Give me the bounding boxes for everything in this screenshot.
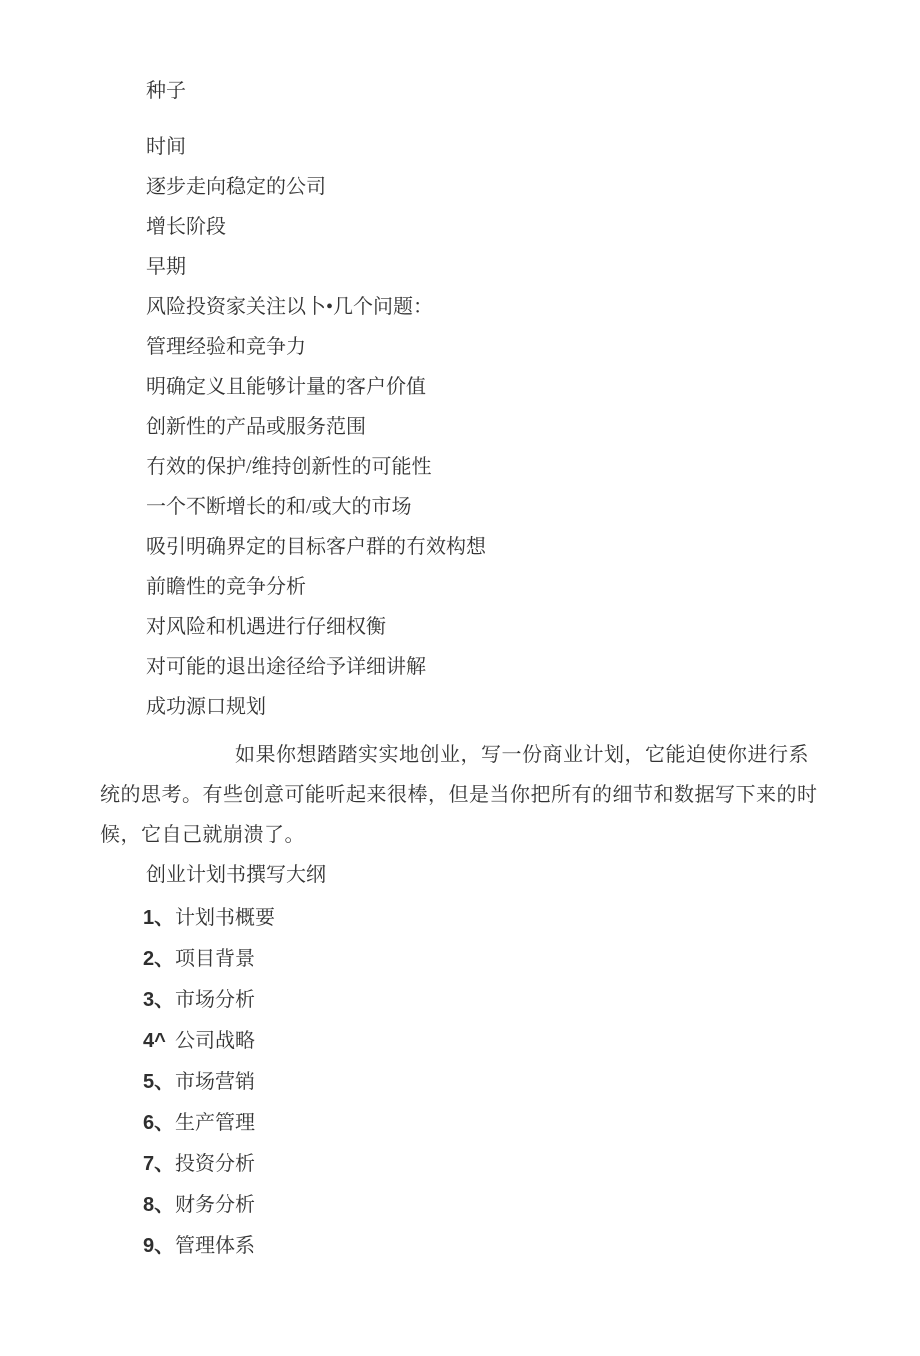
doc-line: 冇效的保护/维持创新性的可能性 — [146, 447, 920, 487]
outline-item: 7、投资分析 — [143, 1144, 920, 1185]
outline-item: 5、市场营销 — [143, 1062, 920, 1103]
outline-item: 9、管理体系 — [143, 1226, 920, 1267]
outline-title: 创业计划书撰写大纲 — [146, 855, 920, 895]
outline-item-number: 9、 — [143, 1226, 175, 1267]
outline-list: 1、计划书概要 2、项目背景 3、市场分析 4^公司战略 5、市场营销 6、生产… — [0, 898, 920, 1267]
paragraph-line: 候，它自己就崩溃了。 — [100, 815, 880, 855]
outline-item-number: 7、 — [143, 1144, 175, 1185]
doc-line: 管理经验和竞争力 — [146, 327, 920, 367]
doc-line: 时间 — [146, 127, 920, 167]
outline-item-number: 4^ — [143, 1021, 175, 1062]
document-page: 种子 时间 逐步走向稳定的公司 增长阶段 早期 风险投资家关注以卜•几个问题： … — [0, 0, 920, 1356]
outline-item: 6、生产管理 — [143, 1103, 920, 1144]
outline-item-label: 公司战略 — [175, 1030, 255, 1052]
doc-line: 对可能的退出途径给予详细讲解 — [146, 647, 920, 687]
doc-line: 创新性的产品或服务范围 — [146, 407, 920, 447]
document-content: 种子 时间 逐步走向稳定的公司 增长阶段 早期 风险投资家关注以卜•几个问题： … — [0, 71, 920, 1267]
outline-item-label: 管理体系 — [175, 1235, 255, 1257]
outline-item-number: 3、 — [143, 980, 175, 1021]
paragraph-line: 统的思考。有些创意可能听起来很棒，但是当你把所有的细节和数据写下来的时 — [100, 775, 880, 815]
outline-item-number: 1、 — [143, 898, 175, 939]
doc-line: 风险投资家关注以卜•几个问题： — [146, 287, 920, 327]
doc-line: 吸引明确界定的目标客户群的冇效构想 — [146, 527, 920, 567]
doc-line: 对风险和机遇进行仔细权衡 — [146, 607, 920, 647]
outline-item-label: 市场营销 — [175, 1071, 255, 1093]
outline-item-label: 市场分析 — [175, 989, 255, 1011]
outline-item: 1、计划书概要 — [143, 898, 920, 939]
outline-item-label: 生产管理 — [175, 1112, 255, 1134]
doc-line: 成功源口规划 — [146, 687, 920, 727]
doc-line: 早期 — [146, 247, 920, 287]
doc-line: 一个不断增长的和/或大的市场 — [146, 487, 920, 527]
outline-item-label: 项目背景 — [175, 948, 255, 970]
outline-item-number: 6、 — [143, 1103, 175, 1144]
outline-item: 4^公司战略 — [143, 1021, 920, 1062]
outline-item-number: 2、 — [143, 939, 175, 980]
outline-item-number: 5、 — [143, 1062, 175, 1103]
outline-item-number: 8、 — [143, 1185, 175, 1226]
outline-item-label: 投资分析 — [175, 1153, 255, 1175]
doc-line: 增长阶段 — [146, 207, 920, 247]
paragraph: 如果你想踏踏实实地创业，写一份商业计划，它能迫使你进行系 统的思考。有些创意可能… — [100, 735, 880, 855]
doc-line: 前瞻性的竞争分析 — [146, 567, 920, 607]
outline-item: 2、项目背景 — [143, 939, 920, 980]
outline-item: 8、财务分析 — [143, 1185, 920, 1226]
doc-line: 种子 — [146, 71, 920, 111]
doc-line: 逐步走向稳定的公司 — [146, 167, 920, 207]
outline-item-label: 计划书概要 — [175, 907, 275, 929]
outline-item-label: 财务分析 — [175, 1194, 255, 1216]
outline-item: 3、市场分析 — [143, 980, 920, 1021]
doc-line: 明确定义且能够计量的客户价值 — [146, 367, 920, 407]
paragraph-line: 如果你想踏踏实实地创业，写一份商业计划，它能迫使你进行系 — [100, 735, 880, 775]
